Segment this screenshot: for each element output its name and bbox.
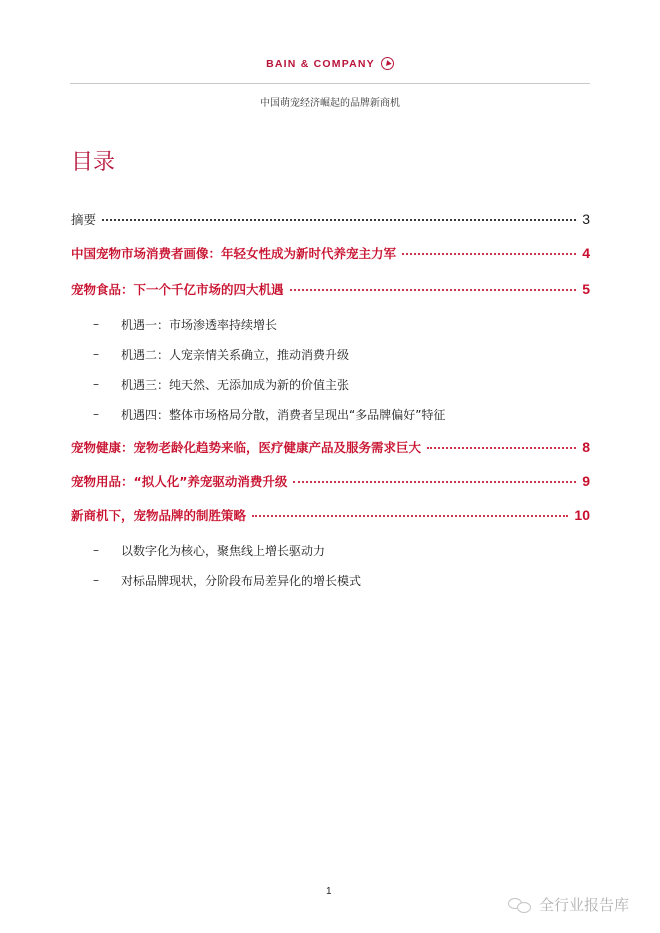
toc-entry-pet-health[interactable]: 宠物健康：宠物老龄化趋势来临，医疗健康产品及服务需求巨大 8 — [71, 438, 590, 458]
toc-subentry[interactable]: – 机遇三：纯天然、无添加成为新的价值主张 — [93, 374, 349, 394]
watermark: 全行业报告库 — [508, 894, 629, 915]
toc-entry-label: 中国宠物市场消费者画像：年轻女性成为新时代养宠主力军 — [71, 244, 396, 262]
dot-leader — [102, 209, 576, 222]
toc-title: 目录 — [71, 145, 115, 176]
toc-entry-pet-food[interactable]: 宠物食品：下一个千亿市场的四大机遇 5 — [71, 280, 590, 300]
toc-subentry-label: 机遇二：人宠亲情关系确立，推动消费升级 — [121, 346, 349, 363]
dash-bullet: – — [93, 543, 113, 557]
toc-entry-brand-strategy[interactable]: 新商机下，宠物品牌的制胜策略 10 — [71, 506, 590, 526]
wechat-icon — [508, 896, 534, 914]
dash-bullet: – — [93, 377, 113, 391]
dot-leader — [293, 471, 576, 484]
toc-entry-label: 宠物健康：宠物老龄化趋势来临，医疗健康产品及服务需求巨大 — [71, 438, 421, 456]
toc-entry-page: 4 — [582, 245, 590, 261]
bain-circle-logo-icon — [381, 57, 394, 70]
brand-header: BAIN & COMPANY — [0, 57, 660, 70]
dash-bullet: – — [93, 317, 113, 331]
toc-subentry-label: 对标品牌现状，分阶段布局差异化的增长模式 — [121, 572, 361, 589]
toc-subentry[interactable]: – 机遇一：市场渗透率持续增长 — [93, 314, 277, 334]
dot-leader — [290, 279, 577, 292]
toc-entry-page: 9 — [582, 473, 590, 489]
toc-entry-page: 10 — [574, 507, 590, 523]
toc-subentry-label: 机遇一：市场渗透率持续增长 — [121, 316, 277, 333]
toc-subentry-label: 机遇四：整体市场格局分散，消费者呈现出“多品牌偏好”特征 — [121, 406, 445, 423]
toc-subentry[interactable]: – 对标品牌现状，分阶段布局差异化的增长模式 — [93, 570, 361, 590]
toc-subentry[interactable]: – 以数字化为核心，聚焦线上增长驱动力 — [93, 540, 325, 560]
brand-name: BAIN & COMPANY — [266, 58, 375, 70]
dash-bullet: – — [93, 347, 113, 361]
dot-leader — [427, 437, 576, 450]
toc-entry-page: 3 — [582, 211, 590, 227]
toc-entry-page: 8 — [582, 439, 590, 455]
toc-entry-label: 摘要 — [71, 210, 96, 228]
watermark-text: 全行业报告库 — [539, 894, 629, 915]
dash-bullet: – — [93, 407, 113, 421]
document-page: BAIN & COMPANY 中国萌宠经济崛起的品牌新商机 目录 摘要 3 中国… — [0, 0, 660, 933]
toc-entry-summary[interactable]: 摘要 3 — [71, 210, 590, 230]
dash-bullet: – — [93, 573, 113, 587]
toc-subentry[interactable]: – 机遇二：人宠亲情关系确立，推动消费升级 — [93, 344, 349, 364]
header-divider — [70, 83, 590, 84]
toc-entry-label: 新商机下，宠物品牌的制胜策略 — [71, 506, 246, 524]
toc-entry-consumer-profile[interactable]: 中国宠物市场消费者画像：年轻女性成为新时代养宠主力军 4 — [71, 244, 590, 264]
dot-leader — [252, 505, 568, 518]
report-subtitle: 中国萌宠经济崛起的品牌新商机 — [0, 94, 660, 109]
toc-entry-page: 5 — [582, 281, 590, 297]
dot-leader — [402, 243, 576, 256]
page-number: 1 — [326, 886, 332, 897]
toc-entry-label: 宠物食品：下一个千亿市场的四大机遇 — [71, 280, 284, 298]
toc-subentry[interactable]: – 机遇四：整体市场格局分散，消费者呈现出“多品牌偏好”特征 — [93, 404, 445, 424]
toc-entry-pet-supplies[interactable]: 宠物用品：“拟人化”养宠驱动消费升级 9 — [71, 472, 590, 492]
toc-entry-label: 宠物用品：“拟人化”养宠驱动消费升级 — [71, 472, 287, 490]
toc-subentry-label: 机遇三：纯天然、无添加成为新的价值主张 — [121, 376, 349, 393]
toc-subentry-label: 以数字化为核心，聚焦线上增长驱动力 — [121, 542, 325, 559]
